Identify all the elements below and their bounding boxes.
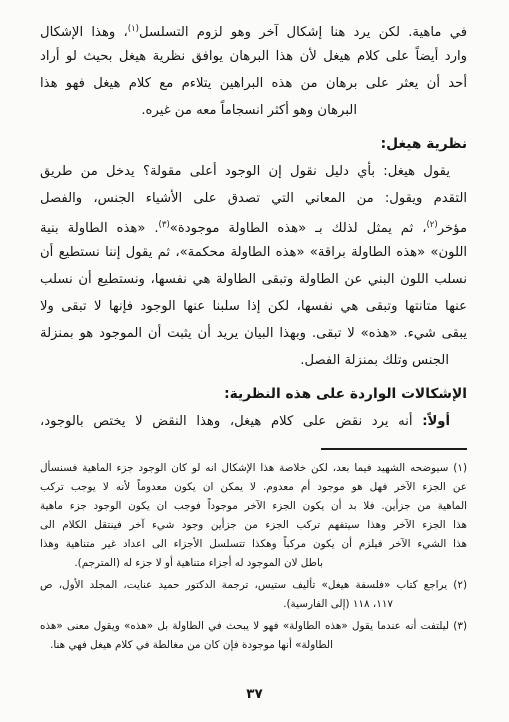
text-line: يقول هيغل: بأي دليل نقول إن الوجود أعلى …	[40, 158, 467, 185]
footnote-3: (٣) ليلتفت أنه عندما يقول «هذه الطاولة» …	[40, 617, 467, 655]
text-line: نسلب اللون البني عن الطاولة وتبقى الطاول…	[40, 266, 467, 293]
footnote-line: (١) سيوضحه الشهيد فيما بعد، لكن خلاصة هذ…	[40, 459, 467, 478]
footnotes-section: (١) سيوضحه الشهيد فيما بعد، لكن خلاصة هذ…	[40, 459, 467, 655]
footnote-ref-3: (٣)	[159, 220, 170, 230]
page-number: ٣٧	[0, 686, 509, 702]
footnote-line: هذا الشيء الآخر فيلزم أن يكون مركباً وهك…	[40, 535, 467, 554]
book-page: في ماهية. لكن يرد هنا إشكال آخر وهو لزوم…	[0, 0, 509, 722]
text-line: في ماهية. لكن يرد هنا إشكال آخر وهو لزوم…	[40, 16, 467, 43]
text-line: مؤخر(٢)، ثم يمثل لذلك بـ «هذه الطاولة مو…	[40, 212, 467, 239]
text-segment: ، ثم يمثل لذلك بـ «هذه الطاولة موجودة»	[170, 221, 427, 236]
text-segment: أنه يرد نقض على كلام هيغل، وهذا النقض لا…	[40, 414, 422, 429]
paragraph-first-objection: أولاً: أنه يرد نقض على كلام هيغل، وهذا ا…	[40, 408, 467, 435]
objection-lead-label: أولاً:	[422, 414, 450, 429]
text-line: الجنس وتلك بمنزلة الفصل.	[40, 347, 449, 374]
footnote-1: (١) سيوضحه الشهيد فيما بعد، لكن خلاصة هذ…	[40, 459, 467, 573]
footnote-ref-2: (٢)	[426, 220, 437, 230]
footnote-line: باطل لان الموجود له أجزاء متناهية أو لا …	[40, 554, 323, 573]
section-heading-hegel-theory: نظرية هيغل:	[40, 131, 467, 158]
footnote-separator	[321, 448, 467, 450]
text-segment: مؤخر	[438, 221, 467, 236]
text-line: عنها متانتها وتبقى هي نفسها، لكن إذا سلب…	[40, 293, 467, 320]
section-heading-objections: الإشكالات الواردة على هذه النظرية:	[40, 381, 467, 408]
footnote-line: عن الجزء الآخر فهل هو موجود أم معدوم. لا…	[40, 478, 467, 497]
text-segment: . «هذه الطاولة بنية	[40, 221, 159, 236]
footnote-ref-1: (١)	[128, 24, 139, 34]
footnote-line: (٣) ليلتفت أنه عندما يقول «هذه الطاولة» …	[40, 617, 467, 636]
text-line: البرهان وهو أكثر انسجاماً معه من غيره.	[40, 97, 357, 124]
footnote-line: ١١٧، ١١٨ (إلى الفارسية).	[40, 595, 393, 614]
text-line: وارد أيضاً على كلام هيغل لأن هذا البرهان…	[40, 43, 467, 70]
footnote-2: (٢) يراجع كتاب «فلسفة هيغل» تأليف ستيس، …	[40, 576, 467, 614]
footnote-line: (٢) يراجع كتاب «فلسفة هيغل» تأليف ستيس، …	[40, 576, 467, 595]
text-segment: ، وهذا الإشكال	[40, 25, 128, 40]
text-line: التقدم ويقول: من المعاني التي تصدق على ا…	[40, 185, 467, 212]
text-segment: في ماهية. لكن يرد هنا إشكال آخر وهو لزوم…	[139, 25, 467, 40]
text-line: أولاً: أنه يرد نقض على كلام هيغل، وهذا ا…	[40, 408, 467, 435]
text-line: يبقى شيء. «هذه» لا تبقى. وبهذا البيان ير…	[40, 320, 467, 347]
footnote-line: الطاولة» أنها موجودة فإن كان من مغالطة ف…	[40, 636, 333, 655]
text-line: اللون» «هذه الطاولة براقة» «هذه الطاولة …	[40, 239, 467, 266]
paragraph-intro: في ماهية. لكن يرد هنا إشكال آخر وهو لزوم…	[40, 16, 467, 124]
text-line: أحد أن يعثر على برهان من هذه البراهين يت…	[40, 70, 467, 97]
footnote-line: الماهية من جزأين. فلا بد أن يكون الجزء ا…	[40, 497, 467, 516]
footnote-line: هذا الجزء الآخر وهذا سيتفهم تركب الجزء م…	[40, 516, 467, 535]
paragraph-hegel-theory: يقول هيغل: بأي دليل نقول إن الوجود أعلى …	[40, 158, 467, 374]
